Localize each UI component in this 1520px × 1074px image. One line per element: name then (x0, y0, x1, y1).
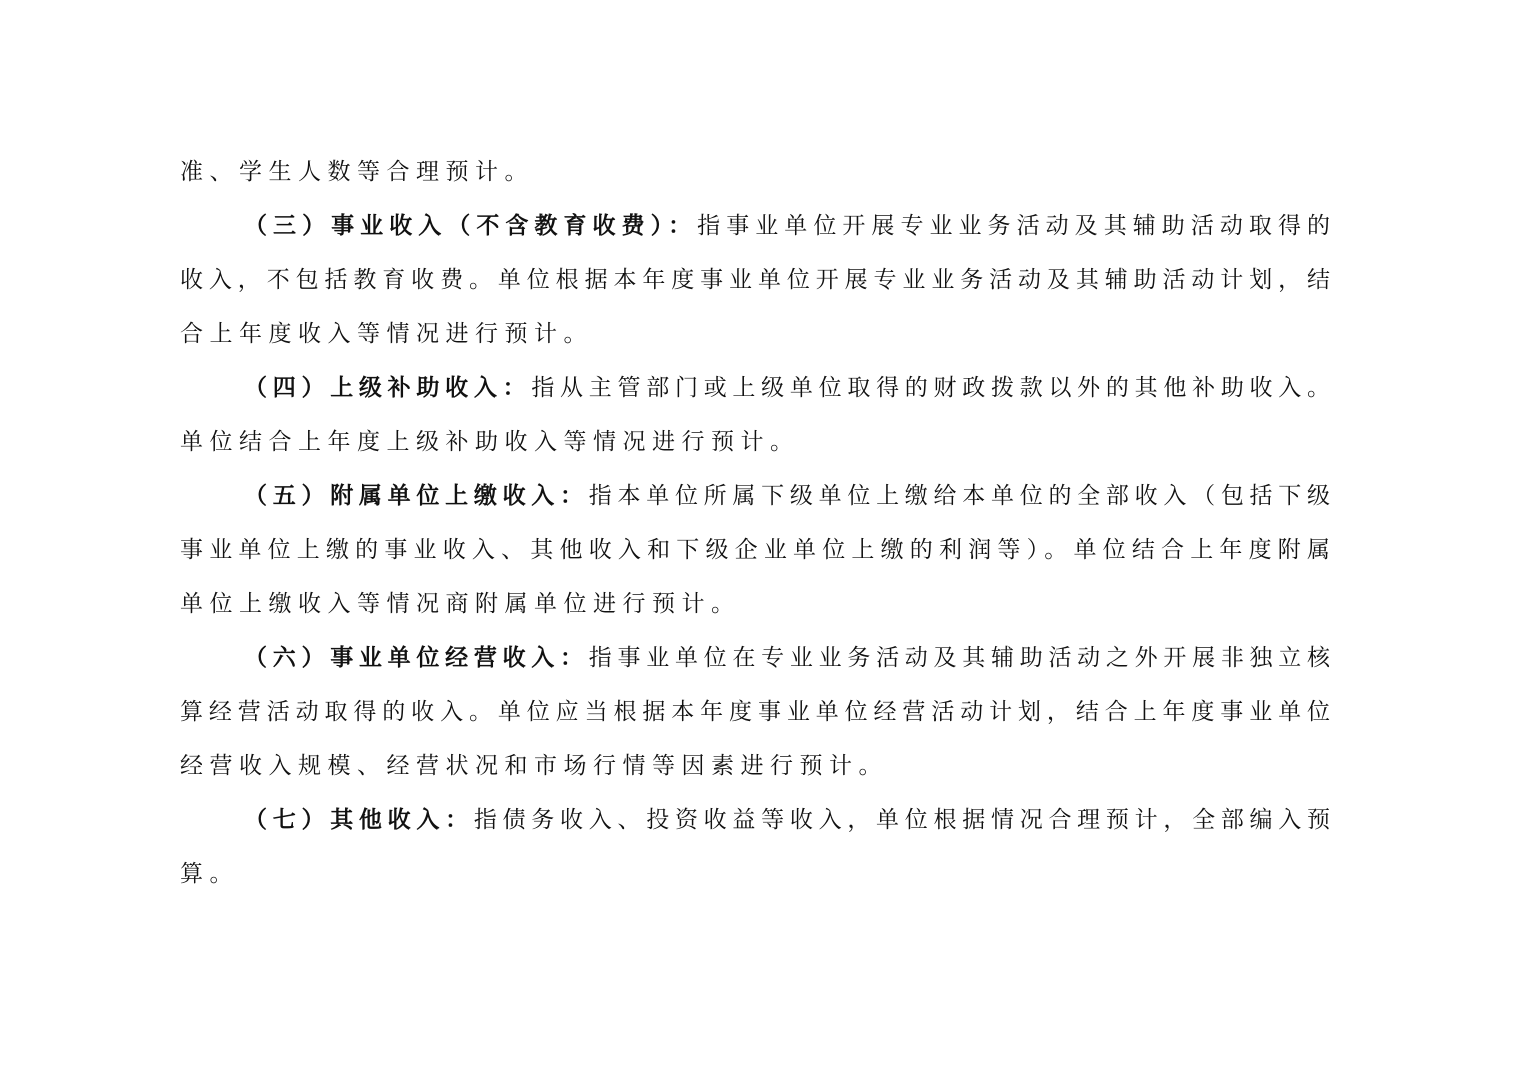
paragraph-7-line-2: 算。 (180, 852, 1330, 906)
body-text: 指事业单位在专业业务活动及其辅助活动之外开展非独立核 (589, 645, 1330, 671)
paragraph-continuation-line: 准、学生人数等合理预计。 (180, 150, 1330, 204)
body-text: 指从主管部门或上级单位取得的财政拨款以外的其他补助收入。 (531, 375, 1330, 401)
body-text: 算。 (180, 861, 239, 887)
section-heading-6: （六）事业单位经营收入： (244, 644, 589, 671)
body-text: 准、学生人数等合理预计。 (180, 159, 534, 185)
paragraph-5-line-3: 单位上缴收入等情况商附属单位进行预计。 (180, 582, 1330, 636)
section-heading-7: （七）其他收入： (244, 806, 474, 833)
body-text: 单位上缴收入等情况商附属单位进行预计。 (180, 591, 741, 617)
paragraph-6-line-1: （六）事业单位经营收入：指事业单位在专业业务活动及其辅助活动之外开展非独立核 (180, 636, 1330, 690)
body-text: 指事业单位开展专业业务活动及其辅助活动取得的 (697, 213, 1330, 239)
body-text: 指债务收入、投资收益等收入，单位根据情况合理预计，全部编入预 (474, 807, 1330, 833)
paragraph-5-line-1: （五）附属单位上缴收入：指本单位所属下级单位上缴给本单位的全部收入（包括下级 (180, 474, 1330, 528)
body-text: 合上年度收入等情况进行预计。 (180, 321, 593, 347)
paragraph-4-line-2: 单位结合上年度上级补助收入等情况进行预计。 (180, 420, 1330, 474)
paragraph-7-line-1: （七）其他收入：指债务收入、投资收益等收入，单位根据情况合理预计，全部编入预 (180, 798, 1330, 852)
paragraph-6-line-3: 经营收入规模、经营状况和市场行情等因素进行预计。 (180, 744, 1330, 798)
paragraph-3-line-1: （三）事业收入（不含教育收费）：指事业单位开展专业业务活动及其辅助活动取得的 (180, 204, 1330, 258)
section-heading-3: （三）事业收入（不含教育收费）： (244, 212, 697, 239)
section-heading-5: （五）附属单位上缴收入： (244, 482, 589, 509)
paragraph-6-line-2: 算经营活动取得的收入。单位应当根据本年度事业单位经营活动计划，结合上年度事业单位 (180, 690, 1330, 744)
body-text: 收入，不包括教育收费。单位根据本年度事业单位开展专业业务活动及其辅助活动计划，结 (180, 267, 1330, 293)
body-text: 指本单位所属下级单位上缴给本单位的全部收入（包括下级 (589, 483, 1330, 509)
paragraph-3-line-3: 合上年度收入等情况进行预计。 (180, 312, 1330, 366)
body-text: 算经营活动取得的收入。单位应当根据本年度事业单位经营活动计划，结合上年度事业单位 (180, 699, 1330, 725)
paragraph-4-line-1: （四）上级补助收入：指从主管部门或上级单位取得的财政拨款以外的其他补助收入。 (180, 366, 1330, 420)
section-heading-4: （四）上级补助收入： (244, 374, 531, 401)
document-page: 准、学生人数等合理预计。 （三）事业收入（不含教育收费）：指事业单位开展专业业务… (180, 150, 1330, 906)
body-text: 事业单位上缴的事业收入、其他收入和下级企业单位上缴的利润等）。单位结合上年度附属 (180, 537, 1330, 563)
body-text: 经营收入规模、经营状况和市场行情等因素进行预计。 (180, 753, 888, 779)
paragraph-5-line-2: 事业单位上缴的事业收入、其他收入和下级企业单位上缴的利润等）。单位结合上年度附属 (180, 528, 1330, 582)
body-text: 单位结合上年度上级补助收入等情况进行预计。 (180, 429, 800, 455)
paragraph-3-line-2: 收入，不包括教育收费。单位根据本年度事业单位开展专业业务活动及其辅助活动计划，结 (180, 258, 1330, 312)
